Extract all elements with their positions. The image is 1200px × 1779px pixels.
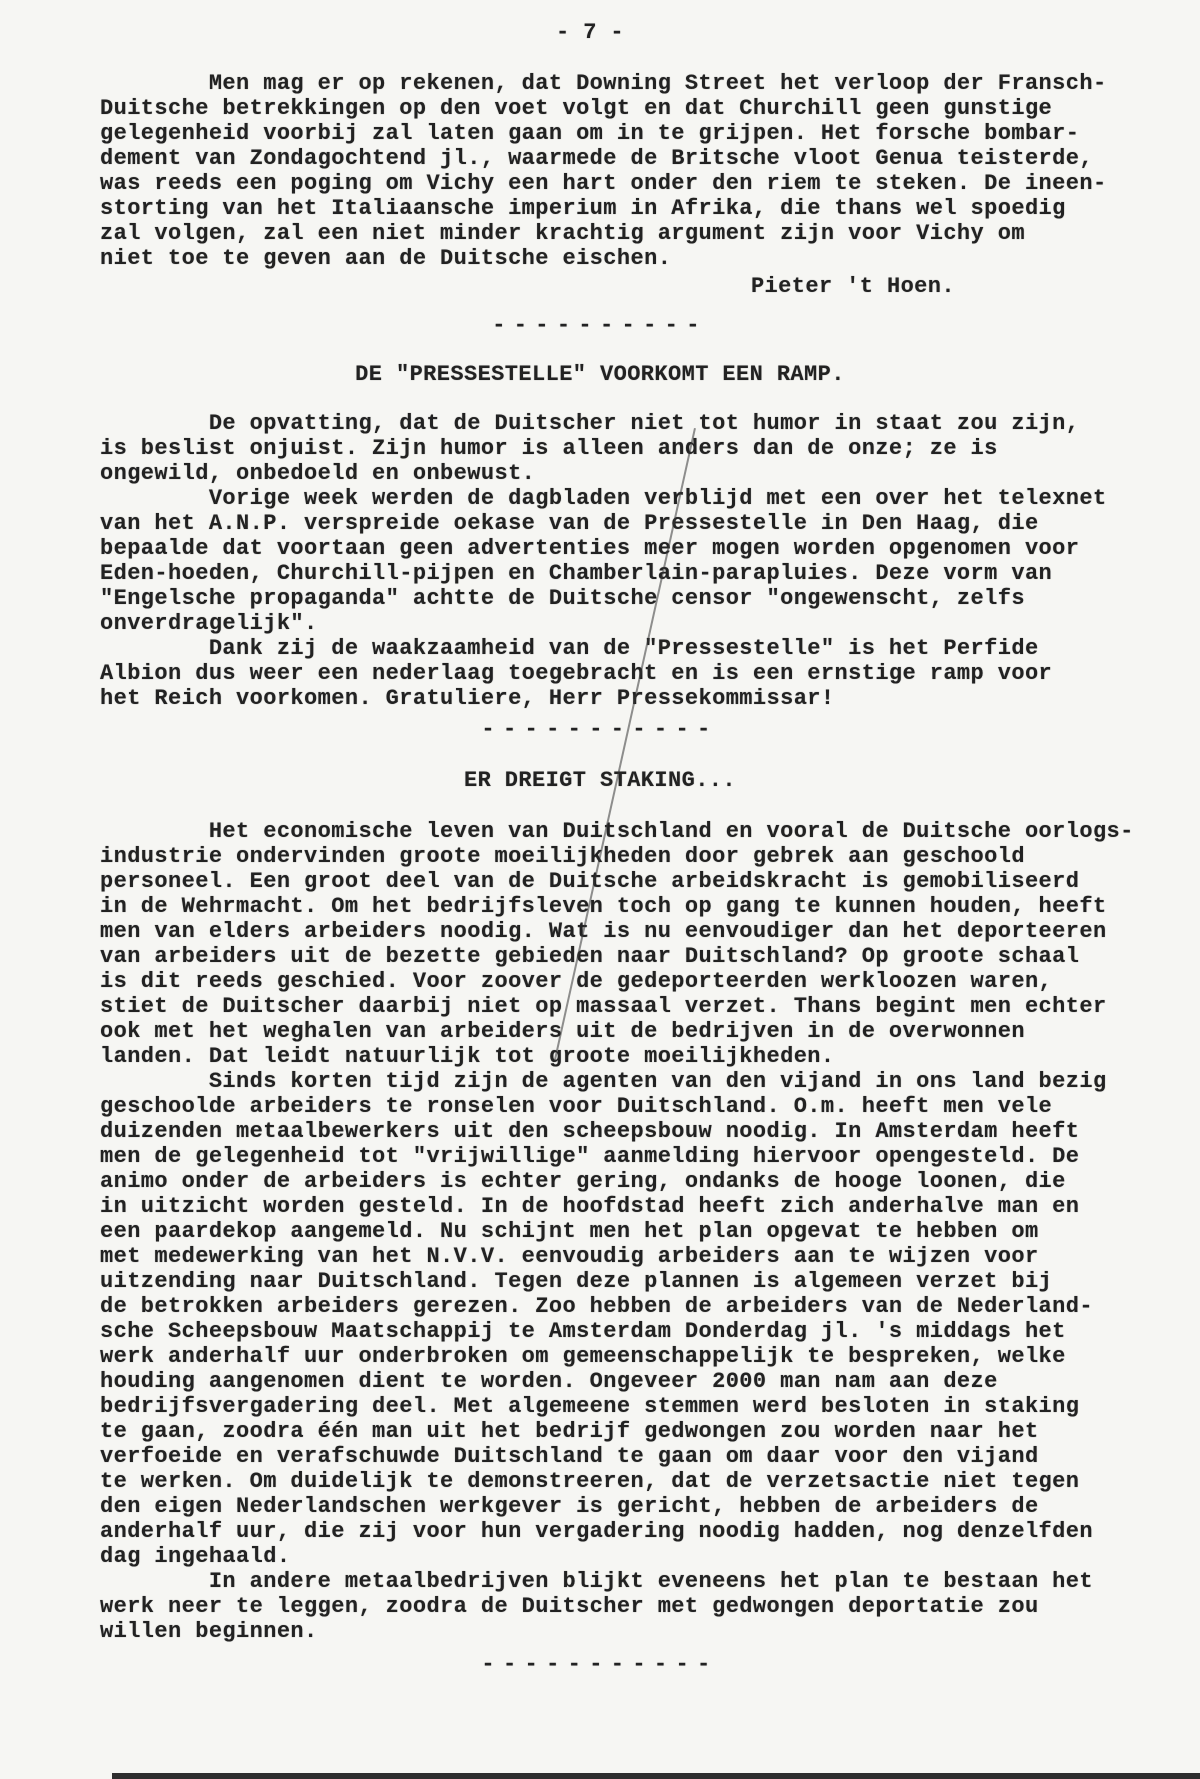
section-divider: -----------: [100, 1652, 1140, 1677]
author-signature: Pieter 't Hoen.: [100, 274, 1140, 299]
text-column: - 7 - Men mag er op rekenen, dat Downing…: [0, 0, 1200, 1677]
intro-article-paragraph: Men mag er op rekenen, dat Downing Stree…: [100, 71, 1140, 271]
section-divider: ----------: [100, 313, 1140, 338]
staking-article-heading: ER DREIGT STAKING...: [100, 768, 1140, 793]
pressestelle-article-heading: DE "PRESSESTELLE" VOORKOMT EEN RAMP.: [100, 362, 1140, 387]
staking-article-paragraph-1: Het economische leven van Duitschland en…: [100, 819, 1140, 1069]
scan-edge-artifact: [112, 1773, 1200, 1779]
staking-article-paragraph-2: Sinds korten tijd zijn de agenten van de…: [100, 1069, 1140, 1569]
section-divider: -----------: [100, 717, 1140, 742]
page-number: - 7 -: [100, 20, 1140, 45]
scanned-document-page: - 7 - Men mag er op rekenen, dat Downing…: [0, 0, 1200, 1779]
pressestelle-article-body: De opvatting, dat de Duitscher niet tot …: [100, 411, 1140, 711]
staking-article-paragraph-3: In andere metaalbedrijven blijkt eveneen…: [100, 1569, 1140, 1644]
